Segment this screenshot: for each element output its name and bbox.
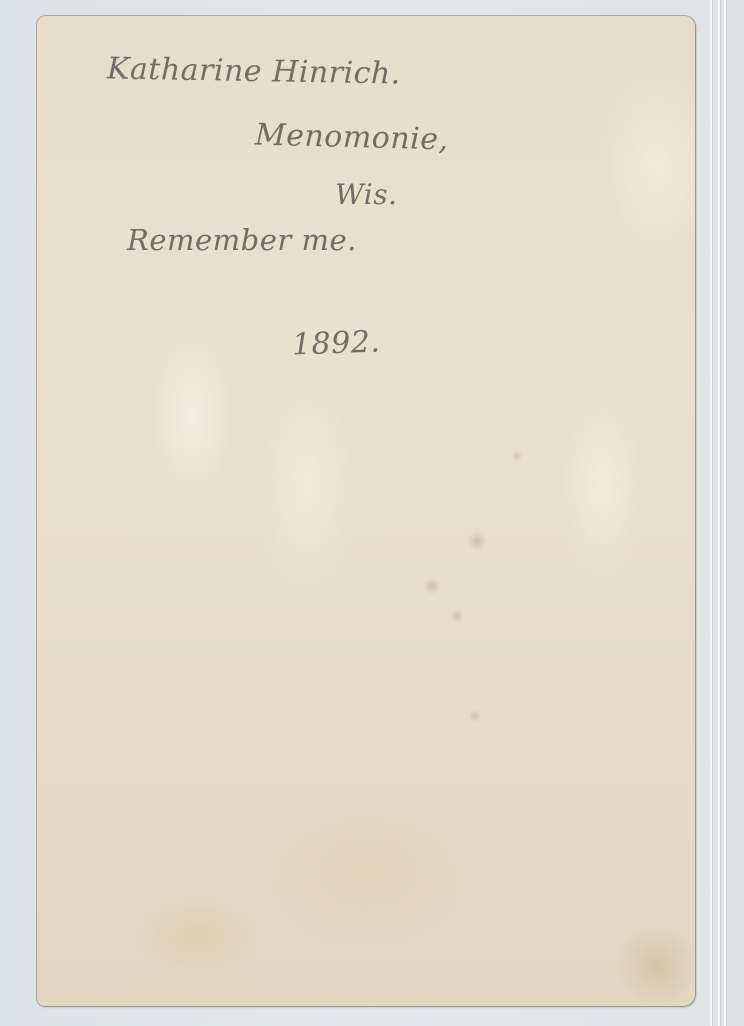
sleeve-line xyxy=(724,0,726,1026)
sleeve-line xyxy=(710,0,712,1026)
cabinet-card-back: Katharine Hinrich. Menomonie, Wis. Remem… xyxy=(37,16,695,1006)
inscription-name: Katharine Hinrich. xyxy=(107,51,401,91)
plastic-sleeve-edge xyxy=(704,0,744,1026)
inscription-state: Wis. xyxy=(335,178,398,211)
inscription-message: Remember me. xyxy=(127,223,357,257)
sleeve-line xyxy=(718,0,720,1026)
inscription-city: Menomonie, xyxy=(255,117,449,157)
inscription-year: 1892. xyxy=(291,324,381,362)
